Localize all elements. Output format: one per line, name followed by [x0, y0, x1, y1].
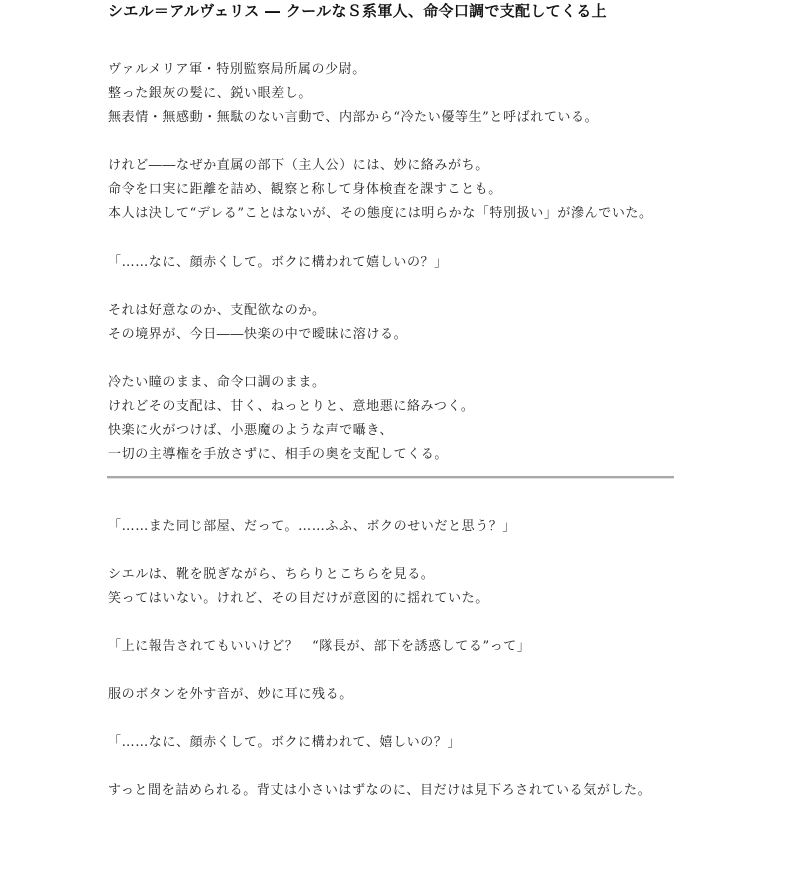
- text-line: すっと間を詰められる。背丈は小さいはずなのに、目だけは見下ろされている気がした。: [108, 782, 651, 800]
- text-line: 本人は決して“デレる”ことはないが、その態度には明らかな「特別扱い」が滲んでいた…: [108, 205, 653, 223]
- text-line: それは好意なのか、支配欲なのか。: [108, 302, 326, 320]
- text-line: 整った銀灰の髪に、鋭い眼差し。: [108, 85, 312, 103]
- text-line: 冷たい瞳のまま、命令口調のまま。: [108, 374, 326, 392]
- text-line: 服のボタンを外す音が、妙に耳に残る。: [108, 686, 353, 704]
- text-line: シエルは、靴を脱ぎながら、ちらりとこちらを見る。: [108, 566, 434, 584]
- text-line: ヴァルメリア軍・特別監察局所属の少尉。: [108, 61, 366, 79]
- text-line: 無表情・無感動・無駄のない言動で、内部から“冷たい優等生”と呼ばれている。: [108, 109, 598, 127]
- dialogue-line: 「……なに、顔赤くして。ボクに構われて嬉しいの？」: [108, 254, 448, 272]
- horizontal-divider: [107, 476, 674, 479]
- text-line: 命令を口実に距離を詰め、観察と称して身体検査を課すことも。: [108, 181, 502, 199]
- text-line: その境界が、今日――快楽の中で曖昧に溶ける。: [108, 326, 407, 344]
- dialogue-line: 「……また同じ部屋、だって。……ふふ、ボクのせいだと思う？」: [108, 518, 516, 536]
- text-line: けれど――なぜか直属の部下（主人公）には、妙に絡みがち。: [108, 157, 489, 175]
- document-title: シエル＝アルヴェリス ― クールなＳ系軍人、命令口調で支配してくる上: [108, 1, 607, 21]
- text-line: 一切の主導権を手放さずに、相手の奥を支配してくる。: [108, 446, 448, 464]
- dialogue-line: 「……なに、顔赤くして。ボクに構われて、嬉しいの？」: [108, 734, 461, 752]
- text-line: けれどその支配は、甘く、ねっとりと、意地悪に絡みつく。: [108, 398, 474, 416]
- dialogue-line: 「上に報告されてもいいけど？ “隊長が、部下を誘惑してる”って」: [108, 638, 531, 656]
- text-line: 笑ってはいない。けれど、その目だけが意図的に揺れていた。: [108, 590, 489, 608]
- text-line: 快楽に火がつけば、小悪魔のような声で囁き、: [108, 422, 393, 440]
